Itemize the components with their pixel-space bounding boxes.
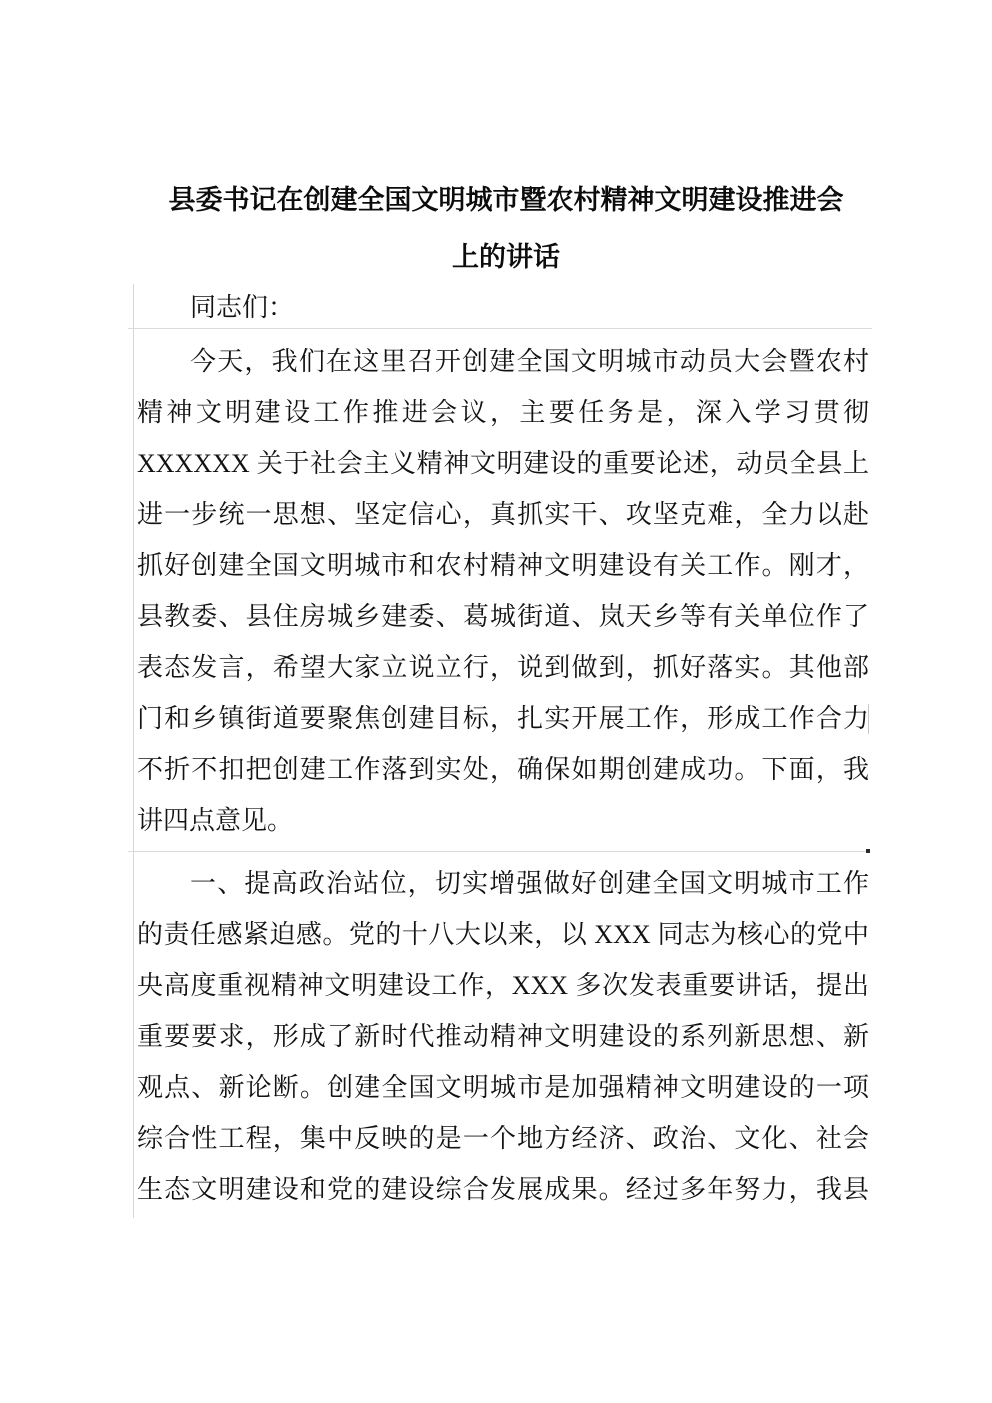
- text-line: 的责任感紧迫感。党的十八大以来，以 XXX 同志为核心的党中: [137, 909, 869, 960]
- line-text: 不折不扣把创建工作落到实处，确保如期创建成功。下面，我: [137, 755, 869, 784]
- text-line-with-hanging-enum-comma: 综合性工程，集中反映的是一个地方经济、政治、文化、社会、: [137, 1113, 869, 1164]
- document-page: 县委书记在创建全国文明城市暨农村精神文明建设推进会 上的讲话 同志们： 今天，我…: [0, 0, 992, 1403]
- line-text: 抓好创建全国文明城市和农村精神文明建设有关工作。刚才，: [137, 551, 869, 580]
- document-title-line-1: 县委书记在创建全国文明城市暨农村精神文明建设推进会: [134, 172, 878, 229]
- text-line: 今天，我们在这里召开创建全国文明城市动员大会暨农村: [137, 336, 869, 387]
- text-line: 进一步统一思想、坚定信心，真抓实干、攻坚克难，全力以赴: [137, 489, 869, 540]
- line-text: 央高度重视精神文明建设工作，XXX 多次发表重要讲话，提出: [137, 971, 869, 1000]
- text-line: 观点、新论断。创建全国文明城市是加强精神文明建设的一项: [137, 1062, 869, 1113]
- line-text: 的责任感紧迫感。党的十八大以来，以 XXX 同志为核心的党中: [137, 920, 869, 949]
- document-body: 同志们： 今天，我们在这里召开创建全国文明城市动员大会暨农村 精神文明建设工作推…: [137, 282, 869, 1215]
- line-text: 进一步统一思想、坚定信心，真抓实干、攻坚克难，全力以赴: [137, 500, 869, 529]
- section-heading-line: 一、提高政治站位，切实增强做好创建全国文明城市工作: [137, 858, 869, 909]
- text-line: 县教委、县住房城乡建委、葛城街道、岚天乡等有关单位作了: [137, 591, 869, 642]
- line-text: 今天，我们在这里召开创建全国文明城市动员大会暨农村: [190, 347, 869, 376]
- left-text-boundary-line: [133, 284, 134, 1218]
- text-line: 抓好创建全国文明城市和农村精神文明建设有关工作。刚才，: [137, 540, 869, 591]
- line-text: 一、提高政治站位，切实增强做好创建全国文明城市工作: [190, 869, 869, 898]
- line-text: 门和乡镇街道要聚焦创建目标，扎实开展工作，形成工作合力: [137, 704, 869, 733]
- text-line: 精神文明建设工作推进会议，主要任务是，深入学习贯彻: [137, 387, 869, 438]
- line-text: 生态文明建设和党的建设综合发展成果。经过多年努力，我县: [137, 1175, 869, 1204]
- document-title: 县委书记在创建全国文明城市暨农村精神文明建设推进会 上的讲话: [134, 172, 878, 286]
- salutation-line: 同志们：: [137, 282, 869, 333]
- hanging-comma-box: ，: [868, 704, 869, 734]
- text-line: 重要要求，形成了新时代推动精神文明建设的系列新思想、新: [137, 1011, 869, 1062]
- text-line: XXXXXX 关于社会主义精神文明建设的重要论述，动员全县上下: [137, 438, 869, 489]
- text-line: 生态文明建设和党的建设综合发展成果。经过多年努力，我县: [137, 1164, 869, 1215]
- line-text: 精神文明建设工作推进会议，主要任务是，深入学习贯彻: [137, 398, 869, 427]
- line-text: 观点、新论断。创建全国文明城市是加强精神文明建设的一项: [137, 1073, 869, 1102]
- text-line: 不折不扣把创建工作落到实处，确保如期创建成功。下面，我: [137, 744, 869, 795]
- line-text: 重要要求，形成了新时代推动精神文明建设的系列新思想、新: [137, 1022, 869, 1051]
- line-text: XXXXXX 关于社会主义精神文明建设的重要论述，动员全县上下: [137, 449, 869, 489]
- text-line-with-hanging-comma: 门和乡镇街道要聚焦创建目标，扎实开展工作，形成工作合力，: [137, 693, 869, 744]
- document-title-line-2: 上的讲话: [134, 229, 878, 286]
- text-line: 表态发言，希望大家立说立行，说到做到，抓好落实。其他部: [137, 642, 869, 693]
- line-text: 县教委、县住房城乡建委、葛城街道、岚天乡等有关单位作了: [137, 602, 869, 631]
- line-text: 同志们：: [190, 293, 294, 322]
- paragraph-last-line: 讲四点意见。: [137, 795, 869, 846]
- line-text: 综合性工程，集中反映的是一个地方经济、政治、文化、社会: [137, 1124, 869, 1153]
- line-text: 表态发言，希望大家立说立行，说到做到，抓好落实。其他部: [137, 653, 869, 682]
- text-line: 央高度重视精神文明建设工作，XXX 多次发表重要讲话，提出: [137, 960, 869, 1011]
- line-text: 讲四点意见。: [137, 806, 293, 835]
